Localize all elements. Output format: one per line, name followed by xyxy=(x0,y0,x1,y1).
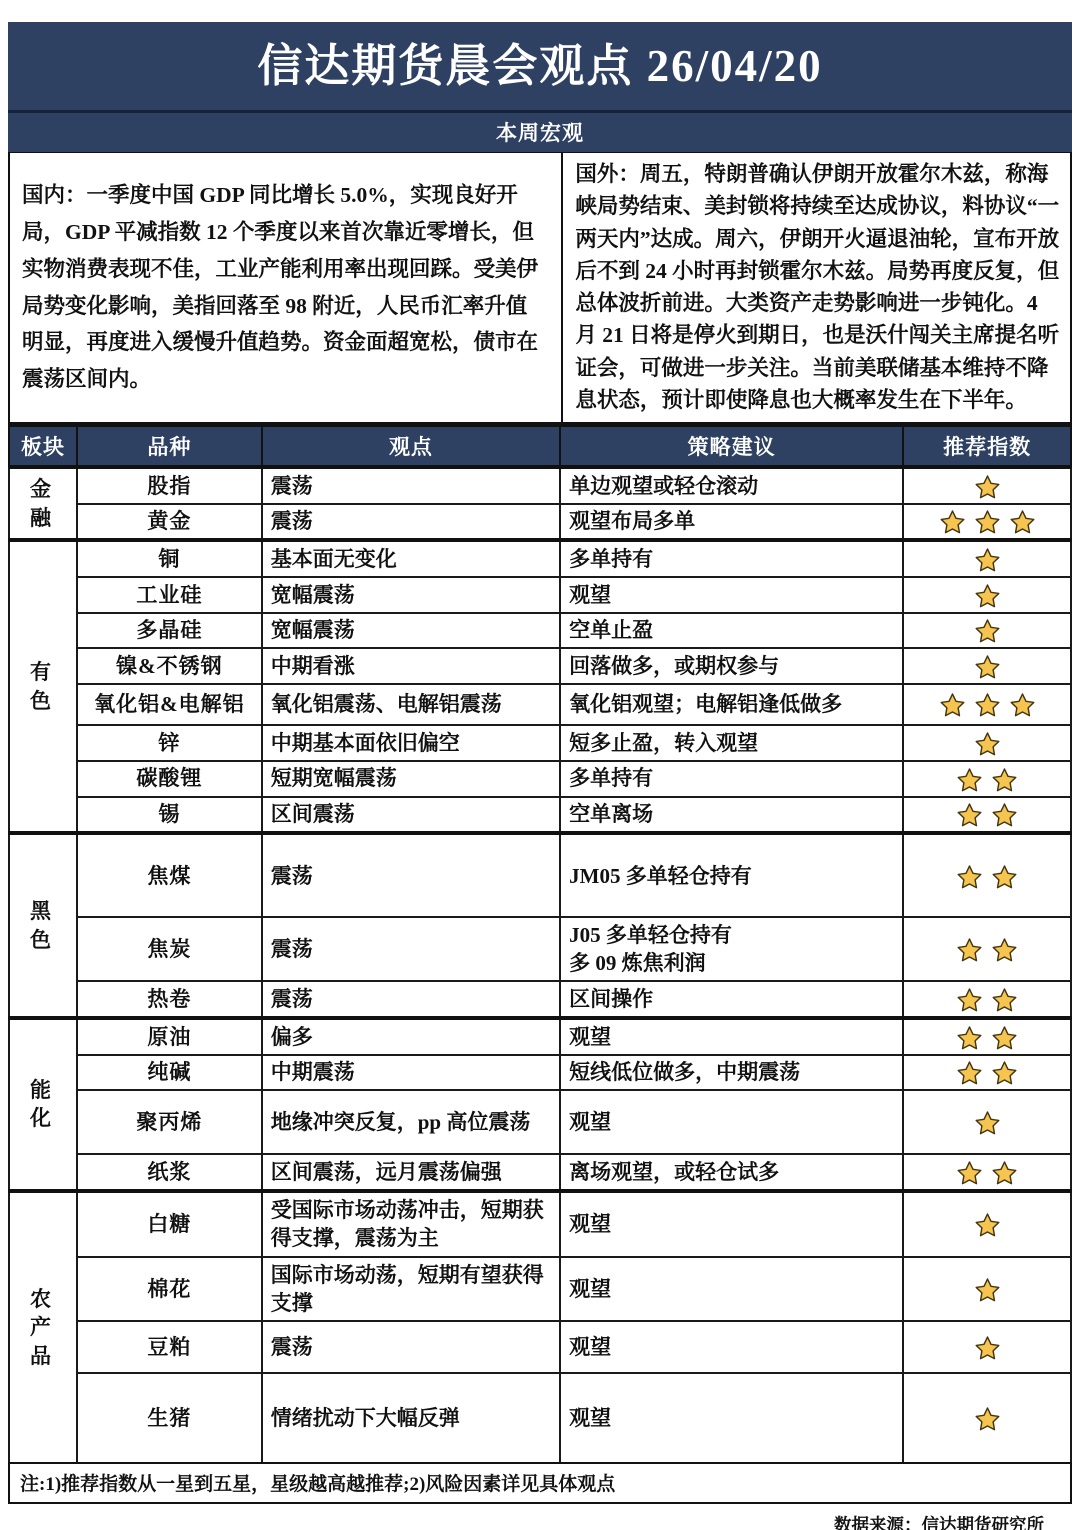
star-icon xyxy=(991,937,1018,964)
table-row: 镍&不锈钢中期看涨回落做多，或期权参与 xyxy=(9,648,1071,684)
variety-cell: 热卷 xyxy=(77,981,262,1018)
stars-cell xyxy=(903,1257,1071,1321)
table-row: 锡区间震荡空单离场 xyxy=(9,797,1071,834)
variety-cell: 纯碱 xyxy=(77,1055,262,1091)
strategy-cell: 多单持有 xyxy=(560,540,903,577)
stars-cell xyxy=(903,1373,1071,1463)
viewpoint-cell: 震荡 xyxy=(262,833,560,917)
table-row: 黑色焦煤震荡JM05 多单轻仓持有 xyxy=(9,833,1071,917)
sector-cell: 有色 xyxy=(9,540,77,833)
strategy-cell: 离场观望，或轻仓试多 xyxy=(560,1154,903,1191)
star-icon xyxy=(1009,692,1036,719)
viewpoint-cell: 震荡 xyxy=(262,917,560,981)
viewpoint-cell: 偏多 xyxy=(262,1018,560,1055)
variety-cell: 豆粕 xyxy=(77,1321,262,1373)
viewpoint-cell: 情绪扰动下大幅反弹 xyxy=(262,1373,560,1463)
variety-cell: 纸浆 xyxy=(77,1154,262,1191)
table-row: 碳酸锂短期宽幅震荡多单持有 xyxy=(9,761,1071,797)
viewpoint-cell: 短期宽幅震荡 xyxy=(262,761,560,797)
strategy-cell: 氧化铝观望；电解铝逢低做多 xyxy=(560,684,903,725)
strategy-cell: 观望 xyxy=(560,1321,903,1373)
column-header-sector: 板块 xyxy=(9,426,77,468)
viewpoint-cell: 震荡 xyxy=(262,981,560,1018)
viewpoint-cell: 震荡 xyxy=(262,467,560,504)
star-icon xyxy=(974,1406,1001,1433)
sector-cell: 金融 xyxy=(9,467,77,540)
variety-cell: 焦煤 xyxy=(77,833,262,917)
strategy-cell: 观望 xyxy=(560,1018,903,1055)
viewpoint-cell: 中期看涨 xyxy=(262,648,560,684)
viewpoint-cell: 国际市场动荡，短期有望获得支撑 xyxy=(262,1257,560,1321)
variety-cell: 原油 xyxy=(77,1018,262,1055)
column-header-strategy: 策略建议 xyxy=(560,426,903,468)
table-row: 纸浆区间震荡，远月震荡偏强离场观望，或轻仓试多 xyxy=(9,1154,1071,1191)
star-icon xyxy=(956,802,983,829)
strategy-cell: J05 多单轻仓持有 多 09 炼焦利润 xyxy=(560,917,903,981)
variety-cell: 铜 xyxy=(77,540,262,577)
strategy-cell: 观望 xyxy=(560,577,903,613)
table-row: 有色铜基本面无变化多单持有 xyxy=(9,540,1071,577)
viewpoint-cell: 地缘冲突反复，pp 高位震荡 xyxy=(262,1090,560,1154)
stars-cell xyxy=(903,577,1071,613)
star-icon xyxy=(956,864,983,891)
stars-cell xyxy=(903,981,1071,1018)
table-row: 热卷震荡区间操作 xyxy=(9,981,1071,1018)
variety-cell: 棉花 xyxy=(77,1257,262,1321)
views-table: 板块 品种 观点 策略建议 推荐指数 金融股指震荡单边观望或轻仓滚动黄金震荡观望… xyxy=(8,424,1072,1464)
stars-cell xyxy=(903,917,1071,981)
star-icon xyxy=(974,654,1001,681)
viewpoint-cell: 区间震荡，远月震荡偏强 xyxy=(262,1154,560,1191)
column-header-stars: 推荐指数 xyxy=(903,426,1071,468)
strategy-cell: 短多止盈，转入观望 xyxy=(560,725,903,761)
table-row: 锌中期基本面依旧偏空短多止盈，转入观望 xyxy=(9,725,1071,761)
star-icon xyxy=(956,937,983,964)
stars-cell xyxy=(903,1055,1071,1091)
variety-cell: 碳酸锂 xyxy=(77,761,262,797)
star-icon xyxy=(991,1160,1018,1187)
stars-cell xyxy=(903,613,1071,649)
macro-domestic-text: 国内：一季度中国 GDP 同比增长 5.0%，实现良好开局，GDP 平减指数 1… xyxy=(10,153,563,422)
star-icon xyxy=(991,1025,1018,1052)
data-source: 数据来源：信达期货研究所 xyxy=(8,1504,1072,1530)
star-icon xyxy=(991,767,1018,794)
stars-cell xyxy=(903,504,1071,541)
table-row: 工业硅宽幅震荡观望 xyxy=(9,577,1071,613)
variety-cell: 氧化铝&电解铝 xyxy=(77,684,262,725)
star-icon xyxy=(991,802,1018,829)
strategy-cell: 单边观望或轻仓滚动 xyxy=(560,467,903,504)
variety-cell: 白糖 xyxy=(77,1191,262,1257)
star-icon xyxy=(974,583,1001,610)
table-row: 金融股指震荡单边观望或轻仓滚动 xyxy=(9,467,1071,504)
table-row: 豆粕震荡观望 xyxy=(9,1321,1071,1373)
star-icon xyxy=(974,474,1001,501)
variety-cell: 黄金 xyxy=(77,504,262,541)
stars-cell xyxy=(903,1018,1071,1055)
star-icon xyxy=(974,1110,1001,1137)
variety-cell: 镍&不锈钢 xyxy=(77,648,262,684)
viewpoint-cell: 中期震荡 xyxy=(262,1055,560,1091)
star-icon xyxy=(956,1025,983,1052)
sector-cell: 农产品 xyxy=(9,1191,77,1463)
star-icon xyxy=(974,692,1001,719)
viewpoint-cell: 基本面无变化 xyxy=(262,540,560,577)
star-icon xyxy=(974,509,1001,536)
stars-cell xyxy=(903,761,1071,797)
star-icon xyxy=(991,1060,1018,1087)
table-row: 聚丙烯地缘冲突反复，pp 高位震荡观望 xyxy=(9,1090,1071,1154)
star-icon xyxy=(991,987,1018,1014)
star-icon xyxy=(974,1212,1001,1239)
strategy-cell: 回落做多，或期权参与 xyxy=(560,648,903,684)
viewpoint-cell: 氧化铝震荡、电解铝震荡 xyxy=(262,684,560,725)
macro-section-header: 本周宏观 xyxy=(8,113,1072,152)
star-icon xyxy=(1009,509,1036,536)
viewpoint-cell: 震荡 xyxy=(262,1321,560,1373)
star-icon xyxy=(991,864,1018,891)
stars-cell xyxy=(903,1090,1071,1154)
star-icon xyxy=(974,1277,1001,1304)
variety-cell: 聚丙烯 xyxy=(77,1090,262,1154)
star-icon xyxy=(956,1160,983,1187)
footnote: 注:1)推荐指数从一星到五星，星级越高越推荐;2)风险因素详见具体观点 xyxy=(8,1462,1072,1504)
stars-cell xyxy=(903,684,1071,725)
star-icon xyxy=(974,1335,1001,1362)
strategy-cell: 观望 xyxy=(560,1257,903,1321)
macro-international-text: 国外：周五，特朗普确认伊朗开放霍尔木兹，称海峡局势结束、美封锁将持续至达成协议，… xyxy=(563,153,1070,422)
stars-cell xyxy=(903,833,1071,917)
strategy-cell: 观望 xyxy=(560,1191,903,1257)
viewpoint-cell: 宽幅震荡 xyxy=(262,613,560,649)
stars-cell xyxy=(903,648,1071,684)
table-row: 氧化铝&电解铝氧化铝震荡、电解铝震荡氧化铝观望；电解铝逢低做多 xyxy=(9,684,1071,725)
star-icon xyxy=(974,547,1001,574)
strategy-cell: 短线低位做多，中期震荡 xyxy=(560,1055,903,1091)
variety-cell: 锌 xyxy=(77,725,262,761)
star-icon xyxy=(939,509,966,536)
sector-cell: 黑色 xyxy=(9,833,77,1018)
table-row: 棉花国际市场动荡，短期有望获得支撑观望 xyxy=(9,1257,1071,1321)
report-page: 信达期货晨会观点 26/04/20 本周宏观 国内：一季度中国 GDP 同比增长… xyxy=(0,0,1080,1530)
table-row: 黄金震荡观望布局多单 xyxy=(9,504,1071,541)
variety-cell: 工业硅 xyxy=(77,577,262,613)
star-icon xyxy=(956,987,983,1014)
variety-cell: 焦炭 xyxy=(77,917,262,981)
stars-cell xyxy=(903,1191,1071,1257)
star-icon xyxy=(974,618,1001,645)
strategy-cell: 观望布局多单 xyxy=(560,504,903,541)
report-title: 信达期货晨会观点 26/04/20 xyxy=(8,22,1072,113)
table-row: 生猪情绪扰动下大幅反弹观望 xyxy=(9,1373,1071,1463)
table-row: 农产品白糖受国际市场动荡冲击，短期获得支撑，震荡为主观望 xyxy=(9,1191,1071,1257)
star-icon xyxy=(974,731,1001,758)
strategy-cell: 多单持有 xyxy=(560,761,903,797)
strategy-cell: 观望 xyxy=(560,1090,903,1154)
sector-cell: 能化 xyxy=(9,1018,77,1191)
variety-cell: 多晶硅 xyxy=(77,613,262,649)
strategy-cell: 空单离场 xyxy=(560,797,903,834)
table-body: 金融股指震荡单边观望或轻仓滚动黄金震荡观望布局多单有色铜基本面无变化多单持有工业… xyxy=(9,467,1071,1463)
stars-cell xyxy=(903,1321,1071,1373)
viewpoint-cell: 中期基本面依旧偏空 xyxy=(262,725,560,761)
column-header-variety: 品种 xyxy=(77,426,262,468)
stars-cell xyxy=(903,1154,1071,1191)
stars-cell xyxy=(903,467,1071,504)
table-row: 能化原油偏多观望 xyxy=(9,1018,1071,1055)
viewpoint-cell: 震荡 xyxy=(262,504,560,541)
macro-section: 国内：一季度中国 GDP 同比增长 5.0%，实现良好开局，GDP 平减指数 1… xyxy=(8,152,1072,424)
star-icon xyxy=(939,692,966,719)
star-icon xyxy=(956,767,983,794)
table-header-row: 板块 品种 观点 策略建议 推荐指数 xyxy=(9,426,1071,468)
stars-cell xyxy=(903,540,1071,577)
strategy-cell: 空单止盈 xyxy=(560,613,903,649)
table-row: 焦炭震荡J05 多单轻仓持有 多 09 炼焦利润 xyxy=(9,917,1071,981)
strategy-cell: 观望 xyxy=(560,1373,903,1463)
variety-cell: 生猪 xyxy=(77,1373,262,1463)
column-header-viewpoint: 观点 xyxy=(262,426,560,468)
strategy-cell: JM05 多单轻仓持有 xyxy=(560,833,903,917)
stars-cell xyxy=(903,725,1071,761)
viewpoint-cell: 宽幅震荡 xyxy=(262,577,560,613)
variety-cell: 锡 xyxy=(77,797,262,834)
viewpoint-cell: 受国际市场动荡冲击，短期获得支撑，震荡为主 xyxy=(262,1191,560,1257)
strategy-cell: 区间操作 xyxy=(560,981,903,1018)
variety-cell: 股指 xyxy=(77,467,262,504)
stars-cell xyxy=(903,797,1071,834)
star-icon xyxy=(956,1060,983,1087)
viewpoint-cell: 区间震荡 xyxy=(262,797,560,834)
table-row: 纯碱中期震荡短线低位做多，中期震荡 xyxy=(9,1055,1071,1091)
table-row: 多晶硅宽幅震荡空单止盈 xyxy=(9,613,1071,649)
